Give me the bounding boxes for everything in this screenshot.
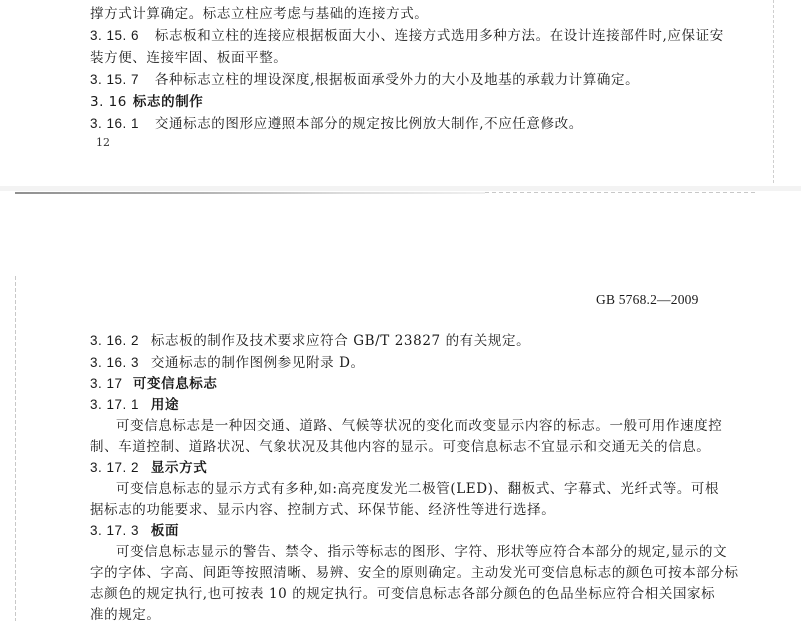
paragraph-line: 志颜色的规定执行,也可按表 10 的规定执行。可变信息标志各部分颜色的色品坐标应… <box>90 584 715 604</box>
paragraph-line: 制、车道控制、道路状况、气象状况及其他内容的显示。可变信息标志不宜显示和交通无关… <box>90 437 710 457</box>
body-text: 可变信息标志显示的警告、禁令、指示等标志的图形、字符、形状等应符合本部分的规定,… <box>116 544 727 560</box>
subsection-title: 显示方式 <box>151 460 207 476</box>
body-text: 据标志的功能要求、显示内容、控制方式、环保节能、经济性等进行选择。 <box>90 502 555 518</box>
section-title: 标志的制作 <box>133 94 204 110</box>
section-3-17-heading: 3. 17 可变信息标志 <box>90 374 218 394</box>
subsection-3-17-2-heading: 3. 17. 2 显示方式 <box>90 458 207 478</box>
clause-number: 3. 15. 6 <box>90 26 150 46</box>
body-text: 可变信息标志的显示方式有多种,如:高亮度发光二极管(LED)、翻板式、字幕式、光… <box>116 481 719 497</box>
body-text: 志颜色的规定执行,也可按表 10 的规定执行。可变信息标志各部分颜色的色品坐标应… <box>90 586 715 602</box>
paragraph-line: 准的规定。 <box>90 605 161 625</box>
subsection-number: 3. 17. 1 <box>90 395 146 415</box>
subsection-number: 3. 17. 2 <box>90 458 146 478</box>
paragraph-line: 装方便、连接牢固、板面平整。 <box>90 48 287 68</box>
page-12: 撑方式计算确定。标志立柱应考虑与基础的连接方式。 3. 15. 6 标志板和立柱… <box>0 0 801 186</box>
page-edge <box>15 276 16 621</box>
paragraph-line: 撑方式计算确定。标志立柱应考虑与基础的连接方式。 <box>90 4 428 24</box>
page-edge <box>485 192 755 193</box>
clause-3-15-7: 3. 15. 7 各种标志立柱的埋设深度,根据板面承受外力的大小及地基的承载力计… <box>90 70 639 90</box>
paragraph-line: 据标志的功能要求、显示内容、控制方式、环保节能、经济性等进行选择。 <box>90 500 555 520</box>
page-13: GB 5768.2—2009 3. 16. 2 标志板的制作及技术要求应符合 G… <box>0 191 801 626</box>
subsection-number: 3. 17. 3 <box>90 521 146 541</box>
paragraph-line: 字的字体、字高、间距等按照清晰、易辨、安全的原则确定。主动发光可变信息标志的颜色… <box>90 563 739 583</box>
clause-3-16-1: 3. 16. 1 交通标志的图形应遵照本部分的规定按比例放大制作,不应任意修改。 <box>90 114 583 134</box>
subsection-title: 板面 <box>151 523 179 539</box>
section-title: 可变信息标志 <box>133 376 218 392</box>
clause-3-15-6: 3. 15. 6 标志板和立柱的连接应根据板面大小、连接方式选用多种方法。在设计… <box>90 26 724 46</box>
paragraph-line: 可变信息标志显示的警告、禁令、指示等标志的图形、字符、形状等应符合本部分的规定,… <box>116 542 727 562</box>
paragraph-line: 可变信息标志的显示方式有多种,如:高亮度发光二极管(LED)、翻板式、字幕式、光… <box>116 479 719 499</box>
subsection-title: 用途 <box>151 397 179 413</box>
clause-number: 3. 16. 2 <box>90 331 146 351</box>
body-text: 交通标志的图形应遵照本部分的规定按比例放大制作,不应任意修改。 <box>155 116 583 132</box>
page-edge <box>15 192 485 194</box>
paragraph-line: 可变信息标志是一种因交通、道路、气候等状况的变化而改变显示内容的标志。一般可用作… <box>116 416 722 436</box>
section-number: 3. 17 <box>90 374 128 394</box>
standard-code: GB 5768.2—2009 <box>596 292 699 307</box>
clause-3-16-2: 3. 16. 2 标志板的制作及技术要求应符合 GB/T 23827 的有关规定… <box>90 331 530 351</box>
page-edge <box>773 0 774 184</box>
subsection-3-17-3-heading: 3. 17. 3 板面 <box>90 521 179 541</box>
clause-3-16-3: 3. 16. 3 交通标志的制作图例参见附录 D。 <box>90 353 365 373</box>
section-3-16-heading: 3. 16 标志的制作 <box>90 92 203 112</box>
body-text: 制、车道控制、道路状况、气象状况及其他内容的显示。可变信息标志不宜显示和交通无关… <box>90 439 710 455</box>
body-text: 装方便、连接牢固、板面平整。 <box>90 50 287 66</box>
clause-number: 3. 16. 1 <box>90 114 150 134</box>
body-text: 撑方式计算确定。标志立柱应考虑与基础的连接方式。 <box>90 6 428 22</box>
body-text: 可变信息标志是一种因交通、道路、气候等状况的变化而改变显示内容的标志。一般可用作… <box>116 418 722 434</box>
subsection-3-17-1-heading: 3. 17. 1 用途 <box>90 395 179 415</box>
section-number: 3. 16 <box>90 92 128 112</box>
body-text: 交通标志的制作图例参见附录 D。 <box>151 355 365 371</box>
clause-number: 3. 15. 7 <box>90 70 150 90</box>
body-text: 各种标志立柱的埋设深度,根据板面承受外力的大小及地基的承载力计算确定。 <box>155 72 639 88</box>
page-number: 12 <box>96 136 110 149</box>
standard-code-header: GB 5768.2—2009 <box>596 292 699 308</box>
clause-number: 3. 16. 3 <box>90 353 146 373</box>
body-text: 字的字体、字高、间距等按照清晰、易辨、安全的原则确定。主动发光可变信息标志的颜色… <box>90 565 739 581</box>
body-text: 标志板和立柱的连接应根据板面大小、连接方式选用多种方法。在设计连接部件时,应保证… <box>155 28 724 44</box>
body-text: 标志板的制作及技术要求应符合 GB/T 23827 的有关规定。 <box>151 333 530 349</box>
body-text: 准的规定。 <box>90 607 161 623</box>
